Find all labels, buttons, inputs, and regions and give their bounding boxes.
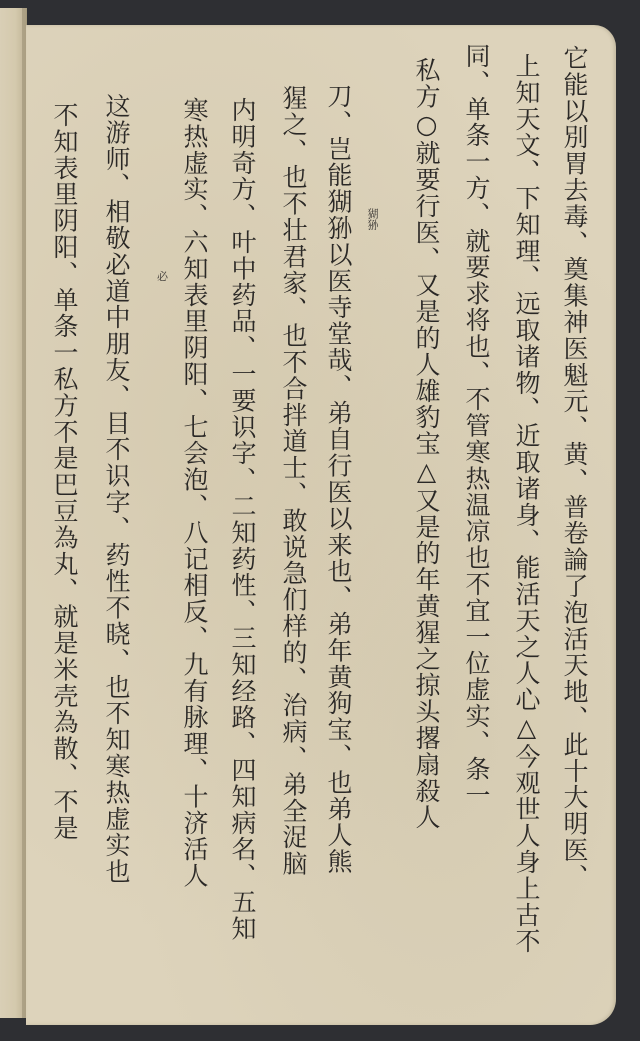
text-column-5: 刀、岂能猢狲以医寺堂哉、弟自行医以来也、弟年黄狗宝、也弟人熊 xyxy=(326,83,351,875)
text-column-1: 它能以別胃去毒、奠集神医魁元、黄、普卷論了泡活天地、此十大明医、 xyxy=(562,45,587,890)
marginal-note-1: 猢狲 xyxy=(364,208,380,230)
text-column-7: 内明奇方、叶中药品、一要识字、二知药性、三知经路、四知病名、五知 xyxy=(230,97,255,942)
text-columns: 它能以別胃去毒、奠集神医魁元、黄、普卷論了泡活天地、此十大明医、 上知天文、下知… xyxy=(26,25,616,1025)
text-column-4: 私方○就要行医、又是的人雄豹宝△又是的年黄猩之掠头撂扇殺人 xyxy=(414,57,439,831)
text-column-6: 猩之、也不壮君家、也不合拌道士、敢说急们样的、治病、弟全浞脑 xyxy=(281,85,306,877)
text-column-3: 同、单条一方、就要求将也、不管寒热温凉也不宜一位虚实、条一 xyxy=(464,43,489,809)
text-column-10: 不知表里阴阳、单条一私方不是巴豆為丸、就是米壳為散、不是 xyxy=(52,102,77,841)
text-column-9: 这游师、相敬必道中朋友、目不识字、药性不晓、也不知寒热虚实也 xyxy=(104,93,129,885)
scanned-manuscript: 它能以別胃去毒、奠集神医魁元、黄、普卷論了泡活天地、此十大明医、 上知天文、下知… xyxy=(0,0,640,1041)
text-column-8: 寒热虚实、六知表里阴阳、七会泡、八记相反、九有脉理、十济活人 xyxy=(182,97,207,889)
marginal-note-2: 必 xyxy=(157,268,168,284)
text-column-2: 上知天文、下知理、远取诸物、近取诸身、能活天之人心△今观世人身上古不 xyxy=(514,53,539,955)
